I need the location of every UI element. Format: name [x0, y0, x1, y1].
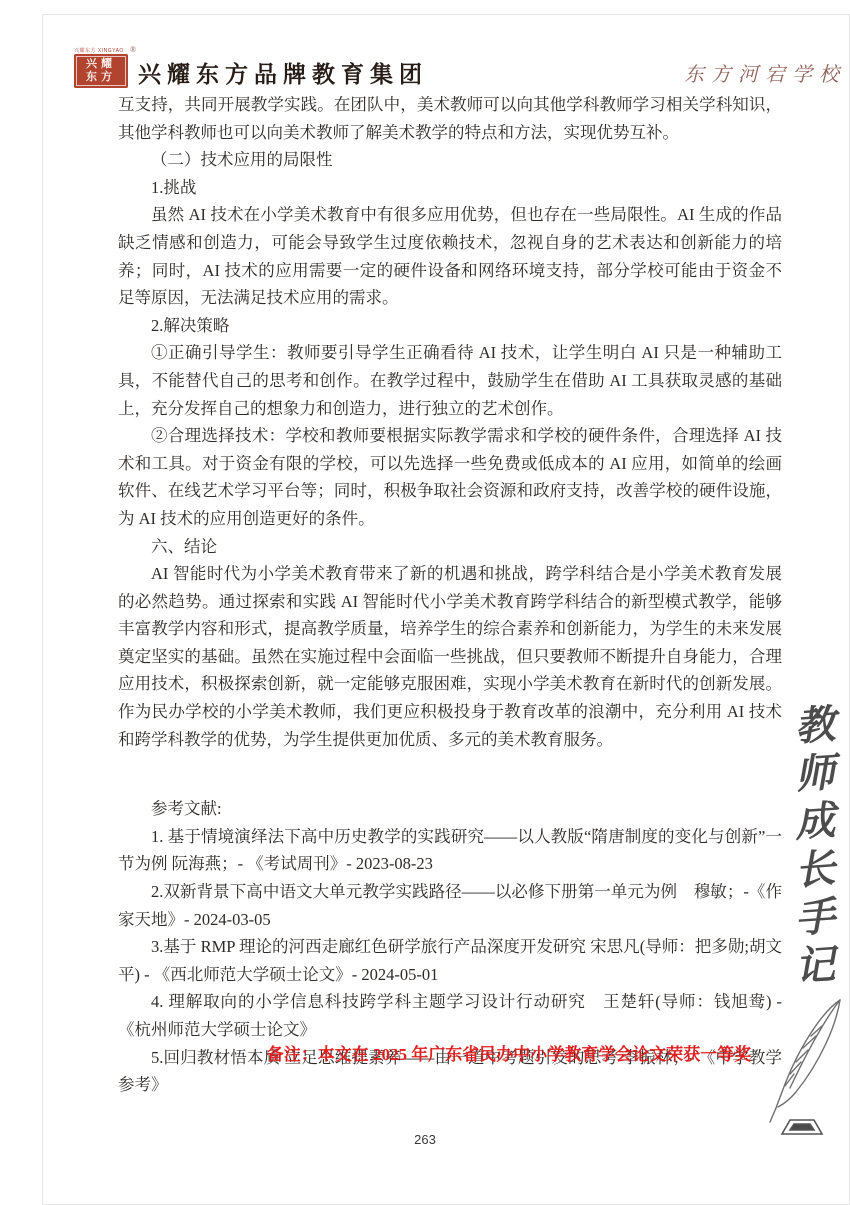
body-paragraph: 互支持，共同开展教学实践。在团队中，美术教师可以向其他学科教师学习相关学科知识，…: [118, 91, 782, 146]
quill-and-ink-icon: [756, 996, 848, 1142]
side-mark-character: 教: [784, 700, 845, 752]
side-mark-character: 长: [784, 844, 845, 896]
document-page: 兴耀东方 XINGYAO 兴耀 东方 ® 兴耀东方品牌教育集团 东方河宕学校 互…: [0, 0, 850, 1205]
brand-title: 兴耀东方品牌教育集团: [138, 56, 428, 89]
side-mark-character: 手: [784, 892, 845, 944]
seal-line1: 兴耀: [86, 58, 116, 71]
body-paragraph: 虽然 AI 技术在小学美术教育中有很多应用优势，但也存在一些局限性。AI 生成的…: [118, 201, 782, 311]
body-paragraph: ①正确引导学生：教师要引导学生正确看待 AI 技术，让学生明白 AI 只是一种辅…: [118, 339, 782, 422]
references-heading: 参考文献:: [118, 795, 782, 823]
side-mark-character: 记: [784, 940, 845, 992]
seal-line2: 东方: [86, 71, 116, 84]
document-body: 互支持，共同开展教学实践。在团队中，美术教师可以向其他学科教师学习相关学科知识，…: [118, 91, 782, 1099]
body-paragraph: ②合理选择技术：学校和教师要根据实际教学需求和学校的硬件条件，合理选择 AI 技…: [118, 422, 782, 532]
reference-item: 2.双新背景下高中语文大单元教学实践路径——以必修下册第一单元为例 穆敏；-《作…: [118, 878, 782, 933]
body-paragraph: （二）技术应用的局限性: [118, 146, 782, 174]
seal-top-text: 兴耀东方 XINGYAO: [74, 48, 132, 54]
reference-item: 4. 理解取向的小学信息科技跨学科主题学习设计行动研究 王楚轩(导师：钱旭鸯) …: [118, 988, 782, 1043]
body-paragraph: 2.解决策略: [118, 312, 782, 340]
brand-seal-logo-icon: 兴耀东方 XINGYAO 兴耀 东方 ®: [74, 48, 132, 92]
side-mark-character: 成: [784, 796, 845, 848]
paragraph-list: 互支持，共同开展教学实践。在团队中，美术教师可以向其他学科教师学习相关学科知识，…: [118, 91, 782, 753]
reference-item: 1. 基于情境演绎法下高中历史教学的实践研究——以人教版“隋唐制度的变化与创新”…: [118, 823, 782, 878]
school-name: 东方河宕学校: [684, 58, 846, 87]
side-mark-character: 师: [784, 748, 845, 800]
page-number: 263: [0, 1132, 850, 1147]
award-note: 备注：本文在 2025 年广东省民办中小学教育学会论文荣获一等奖: [118, 1040, 782, 1065]
body-paragraph: 六、结论: [118, 533, 782, 561]
side-vertical-mark: 教 师 成 长 手 记: [786, 702, 844, 990]
page-header: 兴耀东方 XINGYAO 兴耀 东方 ® 兴耀东方品牌教育集团 东方河宕学校: [74, 46, 846, 94]
seal-icon: 兴耀 东方: [74, 54, 128, 88]
registered-trademark-icon: ®: [130, 45, 136, 54]
body-paragraph: AI 智能时代为小学美术教育带来了新的机遇和挑战，跨学科结合是小学美术教育发展的…: [118, 560, 782, 753]
reference-item: 3.基于 RMP 理论的河西走廊红色研学旅行产品深度开发研究 宋思凡(导师：把多…: [118, 933, 782, 988]
body-paragraph: 1.挑战: [118, 174, 782, 202]
